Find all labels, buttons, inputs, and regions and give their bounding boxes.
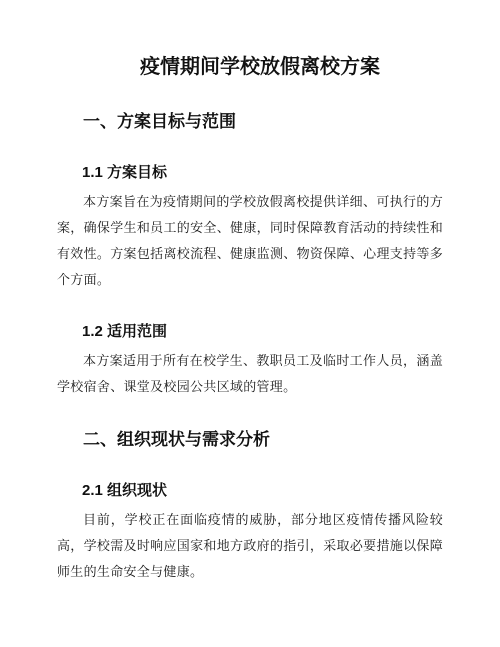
section-heading-2: 二、组织现状与需求分析 [57,428,443,452]
subsection-heading-1-2: 1.2 适用范围 [57,321,443,342]
document-title: 疫情期间学校放假离校方案 [57,52,443,82]
subsection-heading-2-1: 2.1 组织现状 [57,480,443,501]
subsection-heading-1-1: 1.1 方案目标 [57,162,443,183]
document-page: 疫情期间学校放假离校方案 一、方案目标与范围 1.1 方案目标 本方案旨在为疫情… [0,0,500,647]
paragraph-1-2: 本方案适用于所有在校学生、教职员工及临时工作人员，涵盖学校宿舍、课堂及校园公共区… [57,348,443,400]
paragraph-2-1: 目前，学校正在面临疫情的威胁，部分地区疫情传播风险较高，学校需及时响应国家和地方… [57,507,443,585]
paragraph-1-1: 本方案旨在为疫情期间的学校放假离校提供详细、可执行的方案，确保学生和员工的安全、… [57,189,443,293]
section-heading-1: 一、方案目标与范围 [57,110,443,134]
